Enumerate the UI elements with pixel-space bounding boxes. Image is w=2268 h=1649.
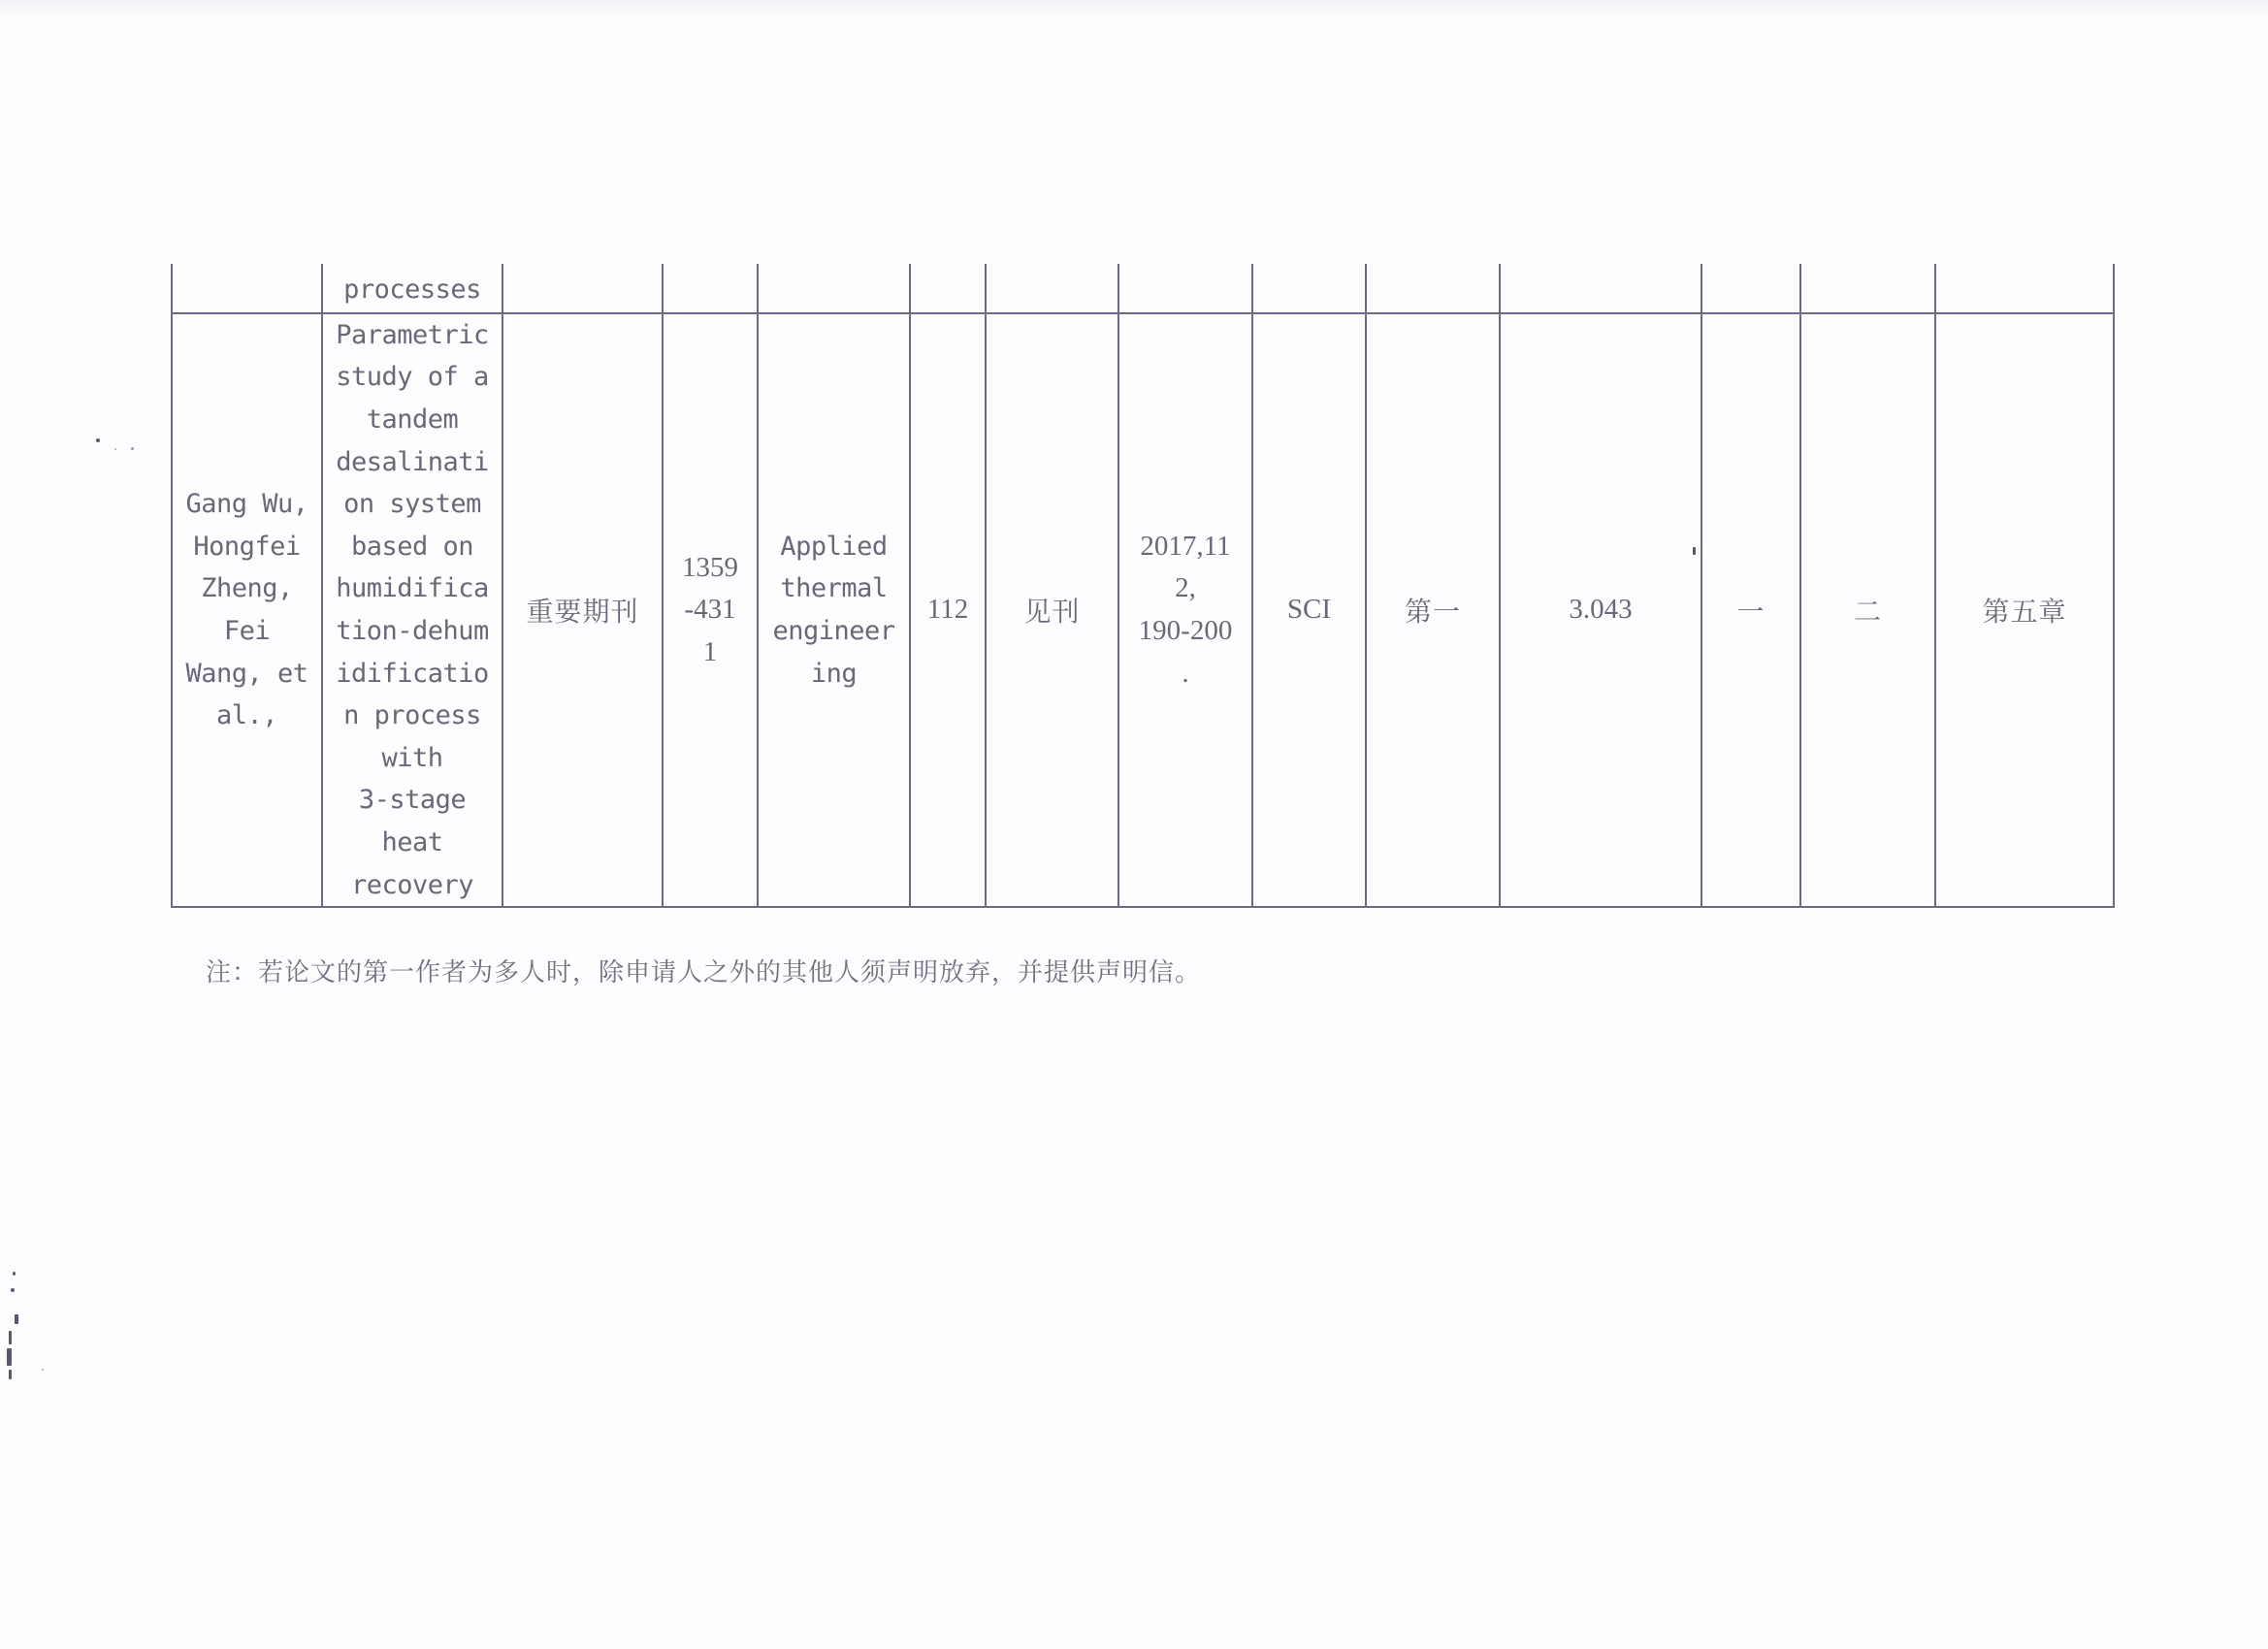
cell-journal-name: Applied thermal engineer ing [759, 314, 909, 906]
scan-speck [114, 448, 116, 450]
scan-edge [0, 0, 2268, 17]
cell-index: SCI [1253, 314, 1365, 906]
cell-impact-factor: 3.043 [1501, 314, 1701, 906]
scan-speck [7, 1348, 12, 1366]
cell-status: 见刊 [987, 314, 1118, 906]
cell-issn: 1359 -431 1 [664, 314, 757, 906]
cell-zone-b: 二 [1801, 314, 1934, 906]
scan-speck [15, 1314, 18, 1324]
scan-speck [96, 438, 100, 442]
cell-zone-a: 一 [1702, 314, 1799, 906]
cell-authors: Gang Wu, Hongfei Zheng, Fei Wang, et al.… [173, 314, 321, 906]
cell-author-rank: 第一 [1367, 314, 1499, 906]
scan-speck [1693, 547, 1696, 555]
column-divider [2113, 264, 2115, 908]
scan-speck [9, 1370, 12, 1379]
scan-speck [9, 1331, 12, 1344]
cell-volume: 112 [911, 314, 985, 906]
scan-speck [13, 1272, 16, 1276]
footnote: 注：若论文的第一作者为多人时，除申请人之外的其他人须声明放弃，并提供声明信。 [206, 953, 1201, 988]
cell-title: Parametric study of a tandem desalinati … [323, 314, 502, 906]
publication-table: processes Gang Wu, Hongfei Zheng, Fei Wa… [171, 264, 2115, 908]
scan-speck [11, 1288, 15, 1292]
cell-year-pages: 2017,11 2, 190-200 . [1119, 314, 1251, 906]
cell-journal-level: 重要期刊 [503, 314, 662, 906]
cell-chapter: 第五章 [1936, 314, 2113, 906]
scan-speck [42, 1369, 44, 1371]
continued-title-tail: processes [323, 268, 502, 312]
scan-speck [131, 447, 134, 450]
table-bottom-border [171, 906, 2115, 908]
